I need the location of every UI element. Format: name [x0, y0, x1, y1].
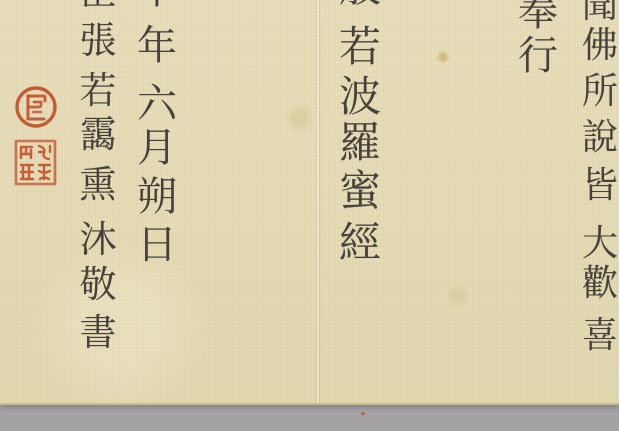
text-column-sutra-title: 般 若 波 羅 蜜 經 [337, 0, 383, 403]
manuscript-paper: 聞 佛 所 說 皆 大 歡 喜 奉 行 般 若 波 羅 蜜 經 十 年 六 [0, 0, 619, 405]
text-column-sutra-ending-1: 聞 佛 所 說 皆 大 歡 喜 [579, 0, 619, 403]
text-column-date: 十 年 六 月 朔 日 [134, 0, 180, 403]
calligraphy-char: 喜 [579, 318, 619, 354]
calligraphy-char: 敬 [77, 266, 119, 303]
scan-background: 聞 佛 所 說 皆 大 歡 喜 奉 行 般 若 波 羅 蜜 經 十 年 六 [0, 0, 619, 431]
calligraphy-char: 波 [337, 76, 383, 118]
calligraphy-char: 若 [77, 72, 119, 109]
calligraphy-char: 聞 [579, 0, 619, 24]
calligraphy-char: 書 [77, 314, 119, 351]
calligraphy-char: 沐 [77, 221, 119, 258]
red-speck [361, 412, 365, 415]
calligraphy-char: 六 [134, 84, 180, 124]
calligraphy-char: 若 [337, 26, 383, 68]
calligraphy-char: 日 [134, 225, 180, 265]
calligraphy-char: 歡 [579, 266, 619, 302]
text-column-sutra-ending-2: 奉 行 [514, 0, 562, 403]
calligraphy-char: 經 [337, 222, 383, 264]
calligraphy-char: 張 [77, 22, 119, 59]
square-seal [13, 138, 58, 187]
calligraphy-char: 蜜 [337, 170, 383, 212]
calligraphy-char: 熏 [77, 166, 119, 203]
calligraphy-char: 奉 [514, 0, 562, 32]
paper-crease [317, 0, 319, 403]
calligraphy-char: 靄 [77, 116, 119, 153]
calligraphy-char: 十 [134, 0, 180, 10]
calligraphy-char: 說 [579, 120, 619, 156]
calligraphy-char: 年 [134, 26, 180, 66]
calligraphy-char: 般 [337, 0, 383, 8]
text-column-signature: 臣 張 若 靄 熏 沐 敬 書 [77, 0, 119, 403]
round-seal [14, 84, 58, 131]
calligraphy-char: 所 [579, 74, 619, 110]
calligraphy-char: 朔 [134, 177, 180, 217]
calligraphy-char: 羅 [337, 122, 383, 164]
calligraphy-char: 行 [514, 36, 562, 76]
calligraphy-char: 佛 [579, 28, 619, 64]
calligraphy-char: 臣 [77, 0, 119, 11]
calligraphy-char: 月 [134, 128, 180, 168]
calligraphy-char: 皆 [579, 168, 619, 204]
calligraphy-char: 大 [579, 226, 619, 262]
